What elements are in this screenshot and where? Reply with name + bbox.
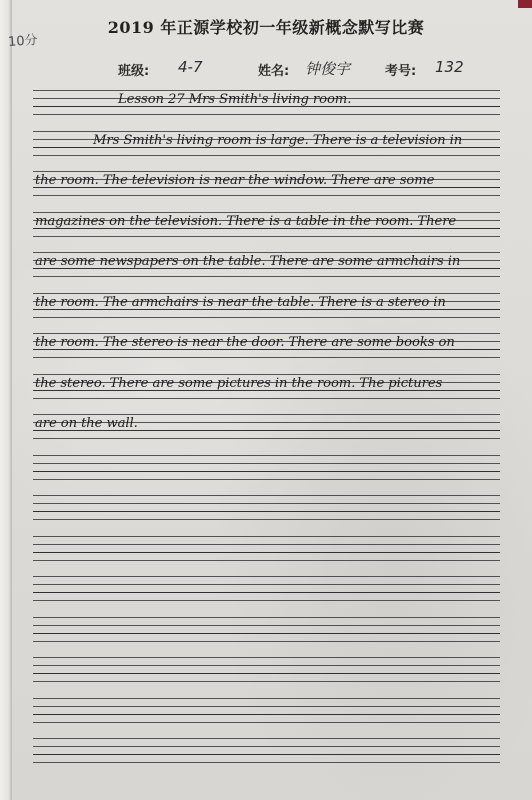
ruling-line (33, 131, 500, 132)
exam-number-value: 132 (435, 58, 464, 76)
ruling-line (33, 293, 500, 294)
class-value: 4-7 (178, 58, 203, 76)
writing-stave (33, 657, 500, 683)
ruling-line (33, 576, 500, 577)
ruling-line (33, 519, 500, 520)
ruling-line (33, 511, 500, 512)
ruling-line (33, 171, 500, 172)
ruling-line (33, 698, 500, 699)
writing-stave (33, 495, 500, 521)
ruling-line (33, 414, 500, 415)
ruling-line (33, 657, 500, 658)
background-edge (0, 0, 12, 800)
writing-stave: the room. The stereo is near the door. T… (33, 333, 500, 359)
writing-stave (33, 536, 500, 562)
ruling-line (33, 455, 500, 456)
writing-stave: are on the wall. (33, 414, 500, 440)
ruling-line (33, 195, 500, 196)
writing-stave: the stereo. There are some pictures in t… (33, 374, 500, 400)
ruling-line (33, 617, 500, 618)
ruling-line (33, 114, 500, 115)
ruling-line (33, 746, 500, 747)
student-info-row: 班级: 4-7 姓名: 钟俊宇 考号: 132 (0, 58, 532, 80)
ruling-line (33, 155, 500, 156)
ruling-line (33, 714, 500, 715)
ruling-line (33, 90, 500, 91)
writing-stave: the room. The armchairs is near the tabl… (33, 293, 500, 319)
ruling-line (33, 592, 500, 593)
writing-stave: Lesson 27 Mrs Smith's living room. (33, 90, 500, 116)
lesson-heading: Lesson 27 Mrs Smith's living room. (118, 92, 351, 107)
ruling-line (33, 374, 500, 375)
name-value: 钟俊宇 (305, 58, 350, 79)
page-title: 2019 年正源学校初一年级新概念默写比赛 (0, 15, 532, 38)
ruling-line (33, 600, 500, 601)
class-label: 班级: (118, 60, 149, 79)
handwritten-line: the room. The television is near the win… (35, 173, 434, 188)
writing-stave (33, 617, 500, 643)
ruling-line (33, 665, 500, 666)
ruled-writing-area: Lesson 27 Mrs Smith's living room.Mrs Sm… (33, 90, 500, 790)
ruling-line (33, 536, 500, 537)
ruling-line (33, 560, 500, 561)
ruling-line (33, 333, 500, 334)
writing-stave: Mrs Smith's living room is large. There … (33, 131, 500, 157)
ruling-line (33, 544, 500, 545)
ruling-line (33, 706, 500, 707)
writing-stave (33, 698, 500, 724)
ruling-line (33, 471, 500, 472)
name-label: 姓名: (258, 60, 289, 79)
ruling-line (33, 673, 500, 674)
handwritten-line: Mrs Smith's living room is large. There … (93, 133, 462, 148)
writing-stave: the room. The television is near the win… (33, 171, 500, 197)
ruling-line (33, 252, 500, 253)
ruling-line (33, 681, 500, 682)
writing-stave (33, 738, 500, 764)
ruling-line (33, 633, 500, 634)
writing-stave: magazines on the television. There is a … (33, 212, 500, 238)
ruling-line (33, 236, 500, 237)
ruling-line (33, 357, 500, 358)
handwritten-line: magazines on the television. There is a … (35, 214, 456, 229)
ruling-line (33, 754, 500, 755)
ruling-line (33, 438, 500, 439)
ruling-line (33, 503, 500, 504)
writing-stave: are some newspapers on the table. There … (33, 252, 500, 278)
ruling-line (33, 738, 500, 739)
writing-stave (33, 455, 500, 481)
handwritten-line: the room. The stereo is near the door. T… (35, 335, 455, 350)
ruling-line (33, 495, 500, 496)
ruling-line (33, 641, 500, 642)
ruling-line (33, 212, 500, 213)
background-corner (518, 0, 532, 8)
ruling-line (33, 722, 500, 723)
handwritten-line: are on the wall. (35, 416, 138, 431)
exam-number-label: 考号: (385, 60, 416, 79)
handwritten-line: the stereo. There are some pictures in t… (35, 376, 442, 391)
ruling-line (33, 463, 500, 464)
ruling-line (33, 398, 500, 399)
ruling-line (33, 762, 500, 763)
ruling-line (33, 584, 500, 585)
ruling-line (33, 552, 500, 553)
ruling-line (33, 625, 500, 626)
handwritten-line: are some newspapers on the table. There … (35, 254, 460, 269)
writing-stave (33, 576, 500, 602)
ruling-line (33, 479, 500, 480)
ruling-line (33, 276, 500, 277)
ruling-line (33, 317, 500, 318)
handwritten-line: the room. The armchairs is near the tabl… (35, 295, 446, 310)
